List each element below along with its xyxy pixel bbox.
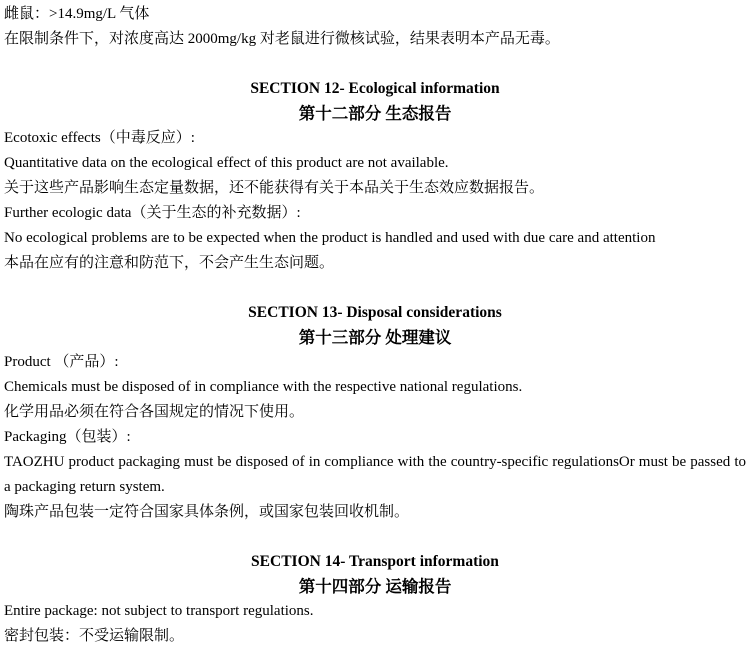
section13-chemicals-disposal-en: Chemicals must be disposed of in complia… <box>4 375 746 400</box>
intro-line-micronucleus-test: 在限制条件下，对浓度高达 2000mg/kg 对老鼠进行微核试验，结果表明本产品… <box>4 27 746 52</box>
section12-no-ecological-problems-en: No ecological problems are to be expecte… <box>4 226 746 251</box>
section14-entire-package-en: Entire package: not subject to transport… <box>4 599 746 624</box>
section12-further-ecologic-data-label: Further ecologic data（关于生态的补充数据）: <box>4 201 746 226</box>
msds-document-page: 雌鼠：>14.9mg/L 气体 在限制条件下，对浓度高达 2000mg/kg 对… <box>0 0 750 648</box>
section12-quantitative-data-en: Quantitative data on the ecological effe… <box>4 151 746 176</box>
section13-chemicals-disposal-zh: 化学用品必须在符合各国规定的情况下使用。 <box>4 400 746 425</box>
section12-heading-en: SECTION 12- Ecological information <box>4 76 746 101</box>
section13-packaging-label: Packaging（包装）: <box>4 425 746 450</box>
section13-packaging-disposal-en: TAOZHU product packaging must be dispose… <box>4 450 746 500</box>
section12-no-ecological-problems-zh: 本品在应有的注意和防范下，不会产生生态问题。 <box>4 251 746 276</box>
section12-quantitative-data-zh: 关于这些产品影响生态定量数据，还不能获得有关于本品关于生态效应数据报告。 <box>4 176 746 201</box>
section14-heading-en: SECTION 14- Transport information <box>4 549 746 574</box>
section13-packaging-disposal-zh: 陶珠产品包装一定符合国家具体条例，或国家包装回收机制。 <box>4 500 746 525</box>
section13-product-label: Product （产品）: <box>4 350 746 375</box>
section12-heading-zh: 第十二部分 生态报告 <box>4 101 746 126</box>
section13-heading-zh: 第十三部分 处理建议 <box>4 325 746 350</box>
intro-line-female-rat-value: 雌鼠：>14.9mg/L 气体 <box>4 2 746 27</box>
section12-ecotoxic-effects-label: Ecotoxic effects（中毒反应）: <box>4 126 746 151</box>
section14-entire-package-zh: 密封包装：不受运输限制。 <box>4 624 746 648</box>
section14-heading-zh: 第十四部分 运输报告 <box>4 574 746 599</box>
section13-heading-en: SECTION 13- Disposal considerations <box>4 300 746 325</box>
